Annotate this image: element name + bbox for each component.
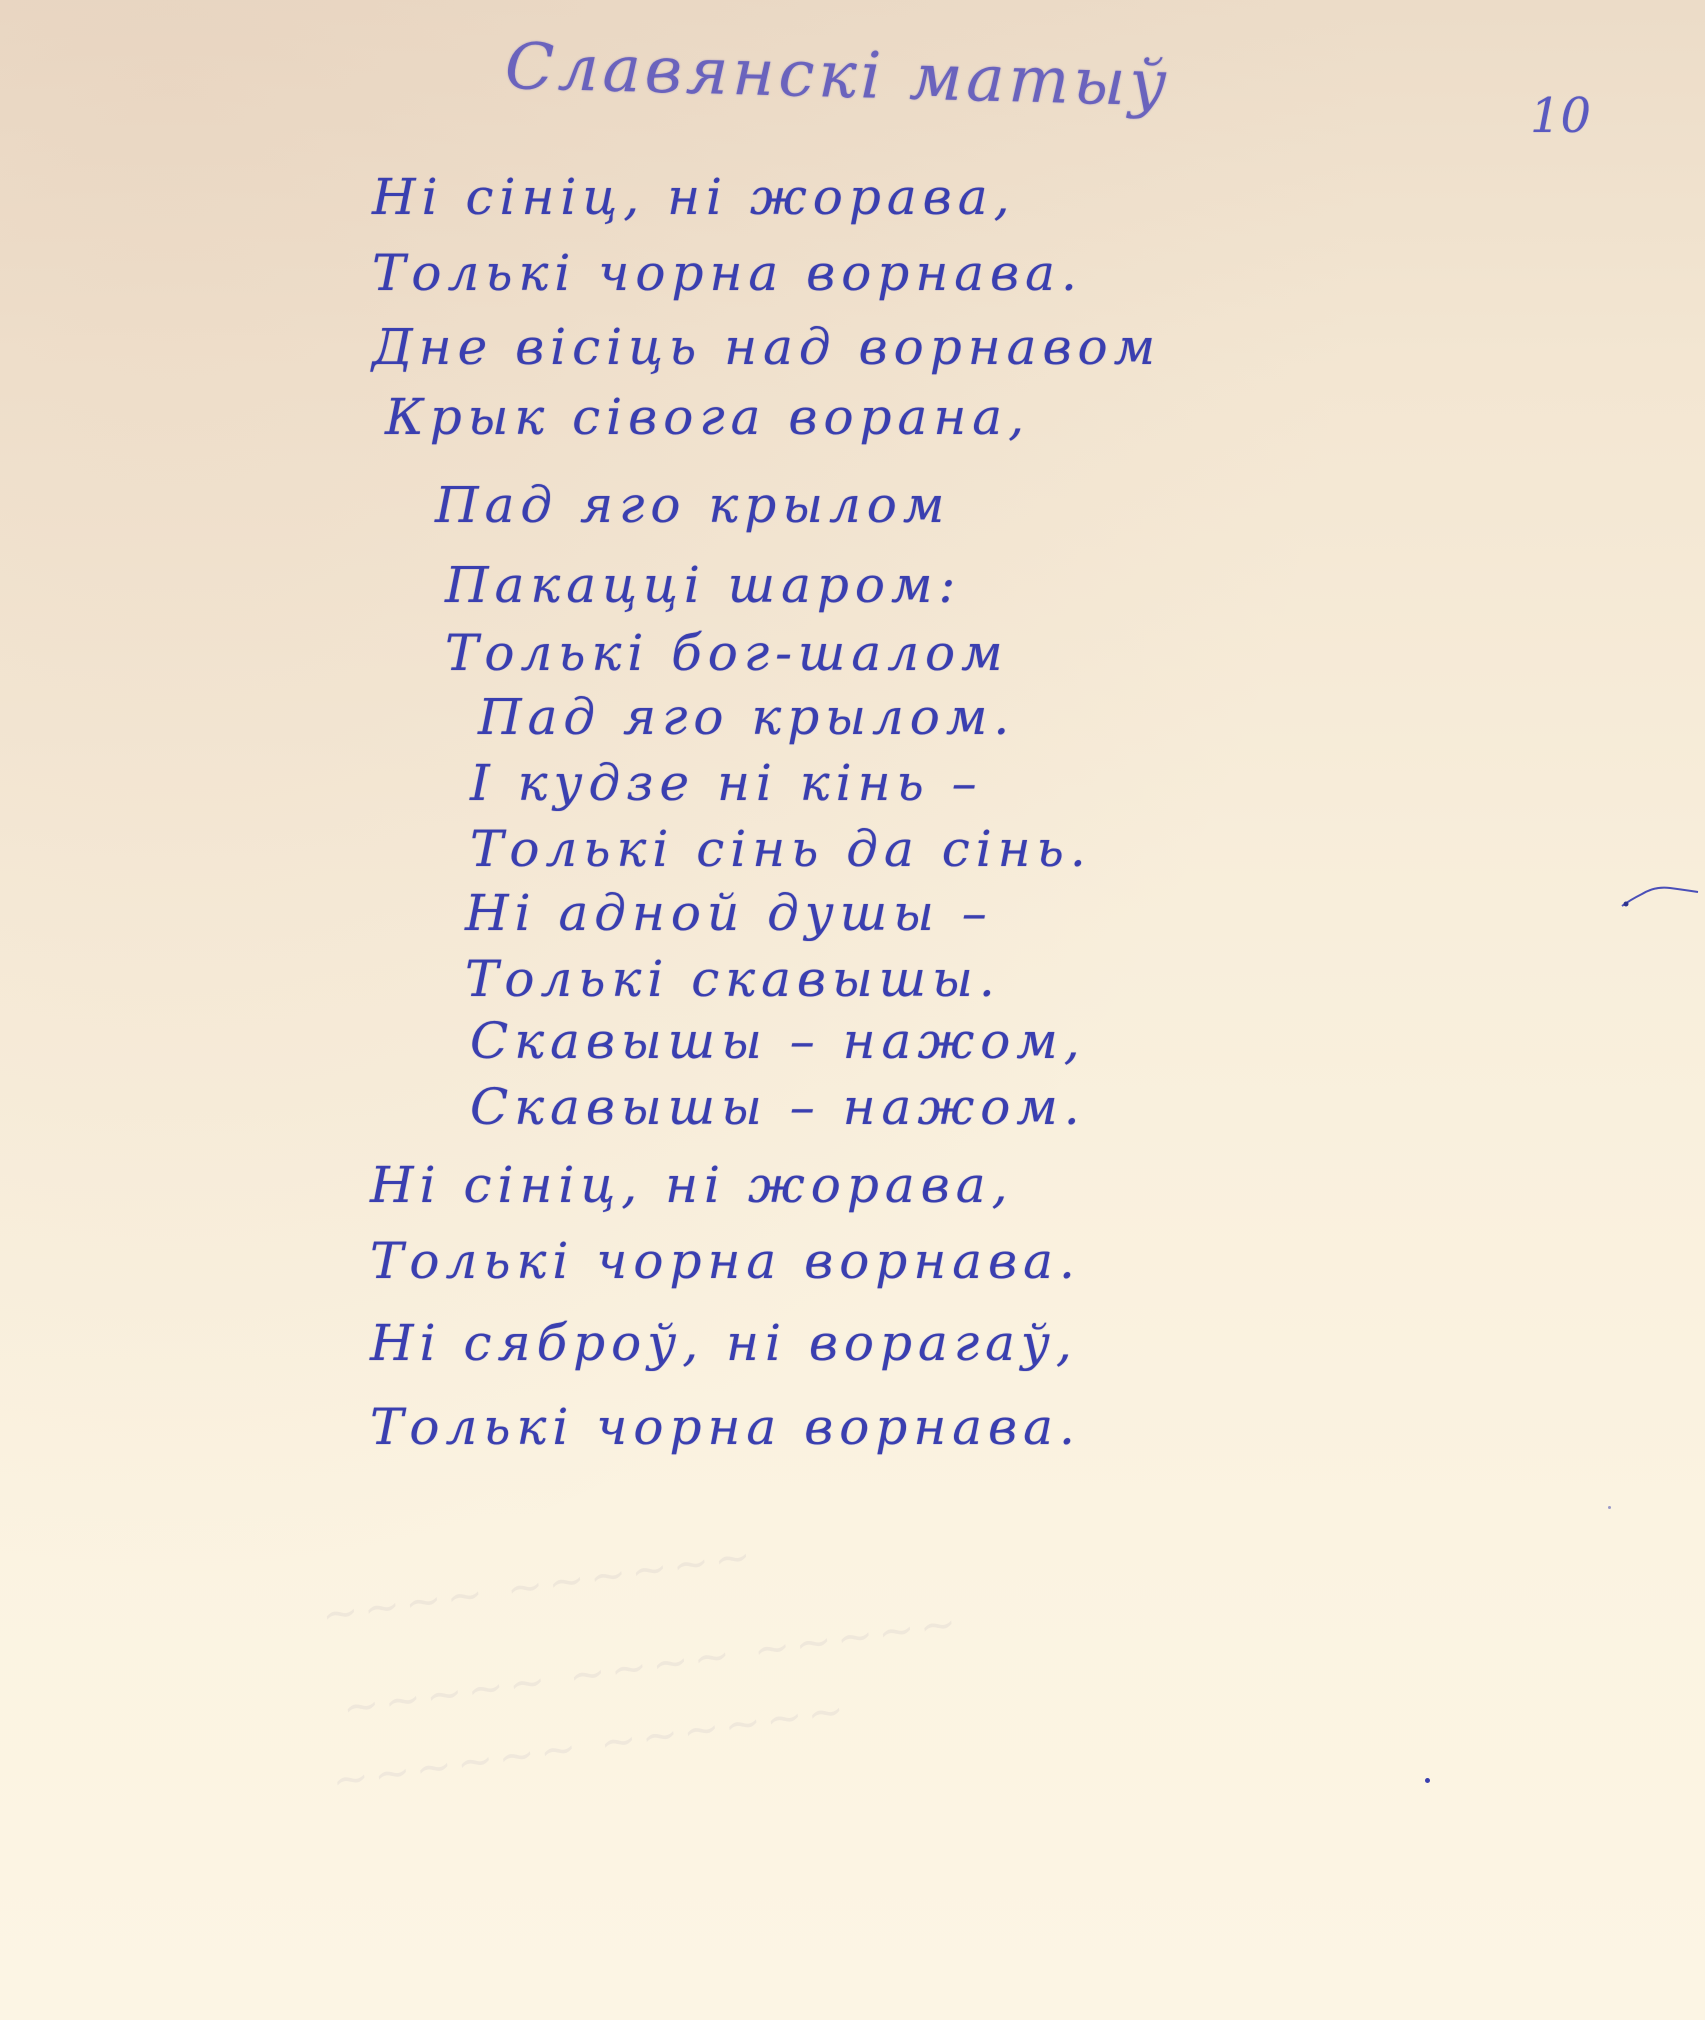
poem-line: Дне вісіць над ворнавом (372, 322, 1161, 372)
ink-speck (1608, 1506, 1611, 1509)
poem-line: Крык сівога ворана, (385, 392, 1030, 442)
poem-line: Скавышы – нажом, (470, 1016, 1086, 1066)
show-through-text: ~~~~ ~~~~~~ (319, 1530, 760, 1641)
poem-line: Толькі чорна ворнава. (370, 1402, 1081, 1452)
poem-line: Ні адной душы – (465, 888, 993, 938)
poem-line: Скавышы – нажом. (470, 1082, 1086, 1132)
poem-line: Толькі сінь да сінь. (470, 824, 1092, 874)
poem-line: Пад яго крылом. (478, 692, 1015, 742)
poem-line: Пад яго крылом (435, 480, 950, 530)
poem-line: Толькі чорна ворнава. (372, 248, 1083, 298)
paper-background (0, 0, 1705, 2020)
margin-pen-mark (1620, 880, 1700, 910)
poem-line: Ні сініц, ні жорава, (372, 172, 1015, 222)
page-number: 10 (1530, 88, 1591, 144)
poem-line: І кудзе ні кінь – (470, 758, 983, 808)
poem-line: Толькі чорна ворнава. (370, 1236, 1081, 1286)
poem-title: Славянскі матыў (504, 30, 1171, 121)
ink-speck (1425, 1778, 1430, 1783)
poem-line: Толькі бог-шалом (445, 628, 1009, 678)
poem-line: Толькі скавышы. (465, 954, 1001, 1004)
poem-line: Ні сініц, ні жорава, (370, 1160, 1013, 1210)
poem-line: Ні сяброў, ні ворагаў, (370, 1318, 1078, 1368)
poem-line: Пакацці шаром: (445, 560, 961, 610)
